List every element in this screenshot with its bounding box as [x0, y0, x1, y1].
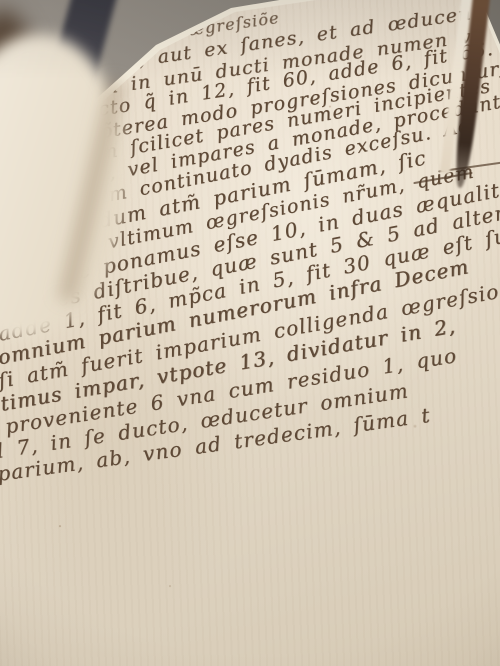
- manuscript-photo: de œgreſsiõe unt, aut ex ſanes, et ad œd…: [0, 0, 500, 666]
